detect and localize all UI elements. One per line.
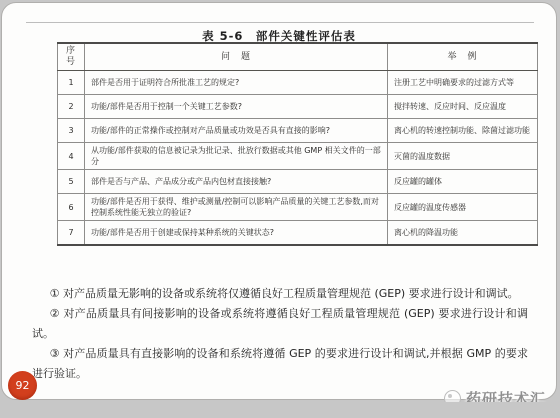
table-row: 1 部件是否用于证明符合所批准工艺的规定? 注册工艺中明确要求的过滤方式等: [58, 71, 538, 95]
row-example: 搅拌转速、反应时间、反应温度: [388, 95, 538, 119]
background-strip: [0, 402, 560, 418]
row-example: 离心机的降温功能: [388, 221, 538, 245]
row-question: 部件是否用于证明符合所批准工艺的规定?: [85, 71, 388, 95]
column-header-question: 问 题: [85, 43, 388, 71]
table-row: 3 功能/部件的正常操作或控制对产品质量或功效是否具有直接的影响? 离心机的转速…: [58, 119, 538, 143]
row-example: 注册工艺中明确要求的过滤方式等: [388, 71, 538, 95]
row-example: 反应罐的罐体: [388, 170, 538, 194]
row-question: 功能/部件是否用于获得、维护或测量/控制可以影响产品质量的关键工艺参数,而对控制…: [85, 194, 388, 221]
row-number: 1: [58, 71, 85, 95]
footnote-2: ② 对产品质量具有间接影响的设备或系统将遵循良好工程质量管理规范 (GEP) 要…: [32, 304, 528, 344]
row-number: 5: [58, 170, 85, 194]
row-example: 反应罐的温度传感器: [388, 194, 538, 221]
footnotes: ① 对产品质量无影响的设备或系统将仅遵循良好工程质量管理规范 (GEP) 要求进…: [32, 284, 528, 384]
row-number: 6: [58, 194, 85, 221]
row-question: 从功能/部件获取的信息被记录为批记录、批放行数据或其他 GMP 相关文件的一部分: [85, 143, 388, 170]
footnote-3: ③ 对产品质量具有直接影响的设备和系统将遵循 GEP 的要求进行设计和调试,并根…: [32, 344, 528, 384]
criticality-evaluation-table: 序号 问 题 举 例 1 部件是否用于证明符合所批准工艺的规定? 注册工艺中明确…: [57, 42, 538, 246]
column-header-example: 举 例: [388, 43, 538, 71]
table-header-row: 序号 问 题 举 例: [58, 43, 538, 71]
table-row: 6 功能/部件是否用于获得、维护或测量/控制可以影响产品质量的关键工艺参数,而对…: [58, 194, 538, 221]
row-number: 3: [58, 119, 85, 143]
table-row: 7 功能/部件是否用于创建或保持某种系统的关键状态? 离心机的降温功能: [58, 221, 538, 245]
footnote-1: ① 对产品质量无影响的设备或系统将仅遵循良好工程质量管理规范 (GEP) 要求进…: [32, 284, 528, 304]
row-number: 4: [58, 143, 85, 170]
row-question: 功能/部件是否用于控制一个关键工艺参数?: [85, 95, 388, 119]
row-example: 灭菌的温度数据: [388, 143, 538, 170]
table-row: 2 功能/部件是否用于控制一个关键工艺参数? 搅拌转速、反应时间、反应温度: [58, 95, 538, 119]
table-row: 4 从功能/部件获取的信息被记录为批记录、批放行数据或其他 GMP 相关文件的一…: [58, 143, 538, 170]
table-row: 5 部件是否与产品、产品成分或产品内包材直接接触? 反应罐的罐体: [58, 170, 538, 194]
row-question: 功能/部件是否用于创建或保持某种系统的关键状态?: [85, 221, 388, 245]
page-number-badge: 92: [8, 371, 37, 400]
row-question: 功能/部件的正常操作或控制对产品质量或功效是否具有直接的影响?: [85, 119, 388, 143]
page-top-rule: [26, 22, 534, 23]
row-number: 2: [58, 95, 85, 119]
row-question: 部件是否与产品、产品成分或产品内包材直接接触?: [85, 170, 388, 194]
row-example: 离心机的转速控制功能、除菌过滤功能: [388, 119, 538, 143]
row-number: 7: [58, 221, 85, 245]
document-page: 表 5-6 部件关键性评估表 序号 问 题 举 例 1 部件是否用于证明符合所批…: [1, 2, 557, 400]
column-header-no: 序号: [58, 43, 85, 71]
